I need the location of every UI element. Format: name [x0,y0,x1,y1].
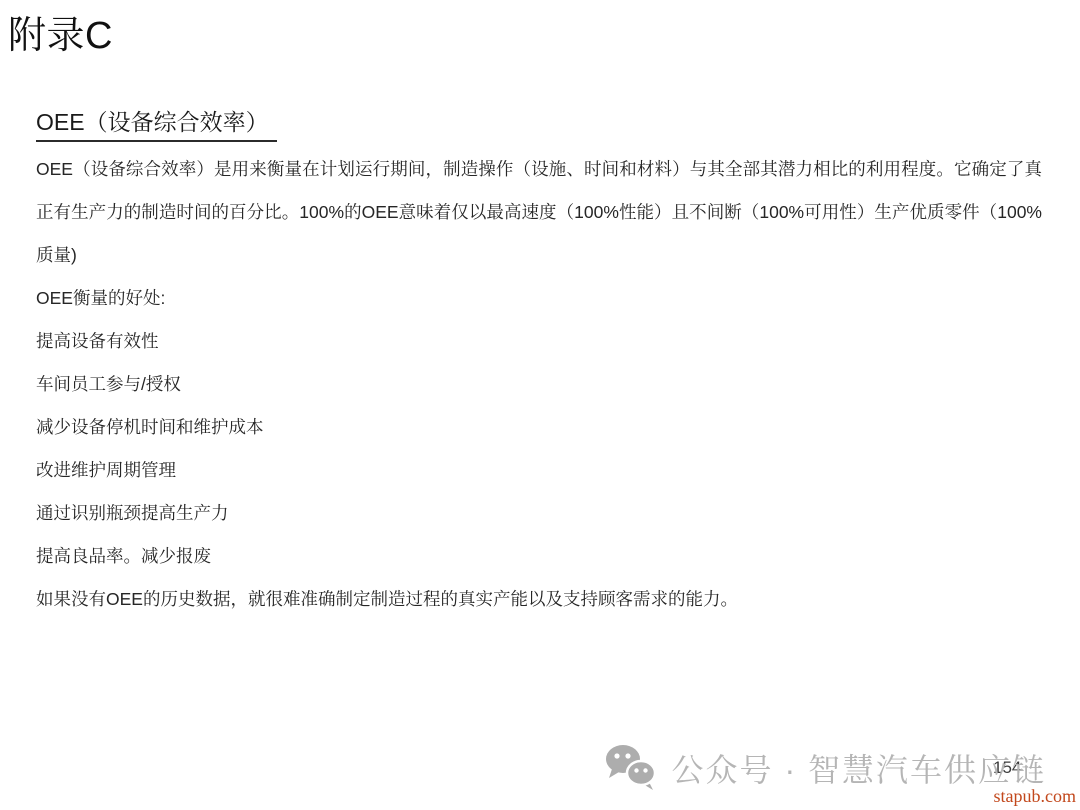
list-item: 车间员工参与/授权 [36,363,1042,406]
list-item: 提高良品率。减少报废 [36,535,1042,578]
benefits-label: OEE衡量的好处: [36,277,1042,320]
closing-paragraph: 如果没有OEE的历史数据，就很难准确制定制造过程的真实产能以及支持顾客需求的能力… [36,578,1042,621]
list-item: 提高设备有效性 [36,320,1042,363]
page-title: 附录C [8,4,113,59]
section-heading-text: OEE（设备综合效率） [36,104,277,142]
document-page: 附录C OEE（设备综合效率） OEE（设备综合效率）是用来衡量在计划运行期间，… [0,0,1080,810]
list-item: 改进维护周期管理 [36,449,1042,492]
list-item: 减少设备停机时间和维护成本 [36,406,1042,449]
list-item: 通过识别瓶颈提高生产力 [36,492,1042,535]
wechat-watermark: 公众号 · 智慧汽车供应链 [602,742,1046,794]
section-heading: OEE（设备综合效率） [36,104,277,142]
site-watermark: stapub.com [994,786,1077,807]
intro-paragraph: OEE（设备综合效率）是用来衡量在计划运行期间，制造操作（设施、时间和材料）与其… [36,148,1042,277]
wechat-icon [602,742,658,794]
wechat-watermark-text: 公众号 · 智慧汽车供应链 [672,745,1046,791]
body-text: OEE（设备综合效率）是用来衡量在计划运行期间，制造操作（设施、时间和材料）与其… [36,148,1042,621]
